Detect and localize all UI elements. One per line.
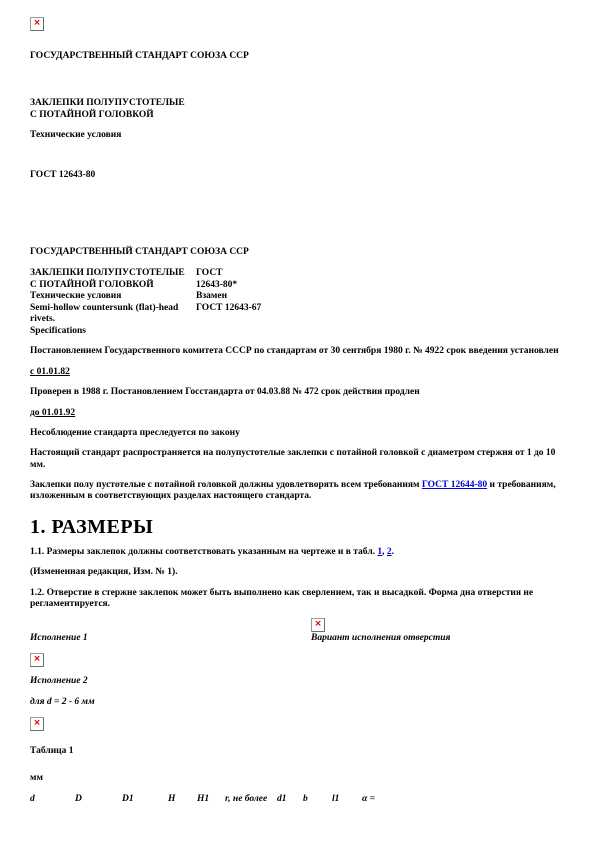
header-org-title: ГОСУДАРСТВЕННЫЙ СТАНДАРТ СОЮЗА ССР xyxy=(30,247,565,258)
broken-image-glyph: × xyxy=(31,18,43,29)
section-1-heading: 1. РАЗМЕРЫ xyxy=(30,516,565,538)
cover-title-line1: ЗАКЛЕПКИ ПОЛУПУСТОТЕЛЫЕ xyxy=(30,98,565,109)
fig-execution-1-caption: Исполнение 1 xyxy=(30,633,311,644)
cover-title-line2: С ПОТАЙНОЙ ГОЛОВКОЙ xyxy=(30,110,565,121)
table-header-row: d D D1 H H1 r, не более d1 b l1 α = xyxy=(30,794,565,805)
scope-paragraph: Настоящий стандарт распространяется на п… xyxy=(30,448,565,471)
gost-number-block: ГОСТ 12643-80* Взамен ГОСТ 12643-67 xyxy=(196,268,565,337)
table-1-label: Таблица 1 xyxy=(30,746,565,757)
broken-image-glyph: × xyxy=(31,718,43,729)
broken-image-icon: × xyxy=(30,17,44,31)
decree-paragraph: Постановлением Государственного комитета… xyxy=(30,346,565,357)
table-col-D1: D1 xyxy=(122,794,168,805)
standard-header-block: ЗАКЛЕПКИ ПОЛУПУСТОТЕЛЫЕ С ПОТАЙНОЙ ГОЛОВ… xyxy=(30,268,565,337)
table-col-r-max: r, не более xyxy=(225,794,277,805)
d-range-figure: × xyxy=(30,717,565,731)
header-title-line1: ЗАКЛЕПКИ ПОЛУПУСТОТЕЛЫЕ xyxy=(30,268,196,280)
check-paragraph: Проверен в 1988 г. Постановлением Госста… xyxy=(30,387,565,398)
requirements-paragraph: Заклепки полу пустотелые с потайной голо… xyxy=(30,480,565,503)
table-col-d: d xyxy=(30,794,75,805)
amendment-note: (Измененная редакция, Изм. № 1). xyxy=(30,567,565,578)
broken-image-glyph: × xyxy=(312,619,324,630)
clause-1-1-period: . xyxy=(392,547,394,557)
table-col-H1: H1 xyxy=(197,794,225,805)
header-subtitle-ru: Технические условия xyxy=(30,291,196,303)
replaces-label: Взамен xyxy=(196,291,565,303)
cover-title: ЗАКЛЕПКИ ПОЛУПУСТОТЕЛЫЕ С ПОТАЙНОЙ ГОЛОВ… xyxy=(30,98,565,121)
table-col-b: b xyxy=(303,794,332,805)
header-title-en: Semi-hollow countersunk (flat)-head rive… xyxy=(30,303,196,326)
clause-1-1-text: 1.1. Размеры заклепок должны соответство… xyxy=(30,547,377,557)
clause-1-1: 1.1. Размеры заклепок должны соответство… xyxy=(30,547,565,558)
replaced-gost-number: ГОСТ 12643-67 xyxy=(196,303,565,315)
execution-2-figure: × xyxy=(30,653,565,667)
extended-date: до 01.01.92 xyxy=(30,408,565,419)
gost-label: ГОСТ xyxy=(196,268,565,280)
units-label: мм xyxy=(30,773,565,784)
clause-1-2: 1.2. Отверстие в стержне заклепок может … xyxy=(30,588,565,611)
broken-image-glyph: × xyxy=(31,654,43,665)
variant-figure-row: × xyxy=(30,618,565,632)
document-page: × ГОСУДАРСТВЕННЫЙ СТАНДАРТ СОЮЗА ССР ЗАК… xyxy=(0,0,595,842)
cover-org-title: ГОСУДАРСТВЕННЫЙ СТАНДАРТ СОЮЗА ССР xyxy=(30,51,565,62)
gost-12644-link[interactable]: ГОСТ 12644-80 xyxy=(422,480,487,490)
law-notice: Несоблюдение стандарта преследуется по з… xyxy=(30,428,565,439)
fig-d-range-caption: для d = 2 - 6 мм xyxy=(30,697,565,708)
cover-subtitle: Технические условия xyxy=(30,130,565,141)
table-col-l1: l1 xyxy=(332,794,362,805)
fig-execution-2-caption: Исполнение 2 xyxy=(30,676,565,687)
requirements-text-before: Заклепки полу пустотелые с потайной голо… xyxy=(30,480,422,490)
header-title-line2: С ПОТАЙНОЙ ГОЛОВКОЙ xyxy=(30,280,196,292)
gost-number: 12643-80* xyxy=(196,280,565,292)
broken-image-icon: × xyxy=(30,717,44,731)
figure-captions-row: Исполнение 1 Вариант исполнения отверсти… xyxy=(30,633,565,644)
table-col-H: H xyxy=(168,794,197,805)
cover-doc-number: ГОСТ 12643-80 xyxy=(30,170,565,181)
header-title-block: ЗАКЛЕПКИ ПОЛУПУСТОТЕЛЫЕ С ПОТАЙНОЙ ГОЛОВ… xyxy=(30,268,196,337)
table-col-alpha: α = xyxy=(362,794,375,805)
broken-image-icon: × xyxy=(311,618,325,632)
header-subtitle-en: Specifications xyxy=(30,326,196,338)
broken-image-icon: × xyxy=(30,653,44,667)
fig-variant-caption: Вариант исполнения отверстия xyxy=(311,633,565,644)
table-col-D: D xyxy=(75,794,122,805)
effective-date: с 01.01.82 xyxy=(30,367,565,378)
table-col-d1: d1 xyxy=(277,794,303,805)
